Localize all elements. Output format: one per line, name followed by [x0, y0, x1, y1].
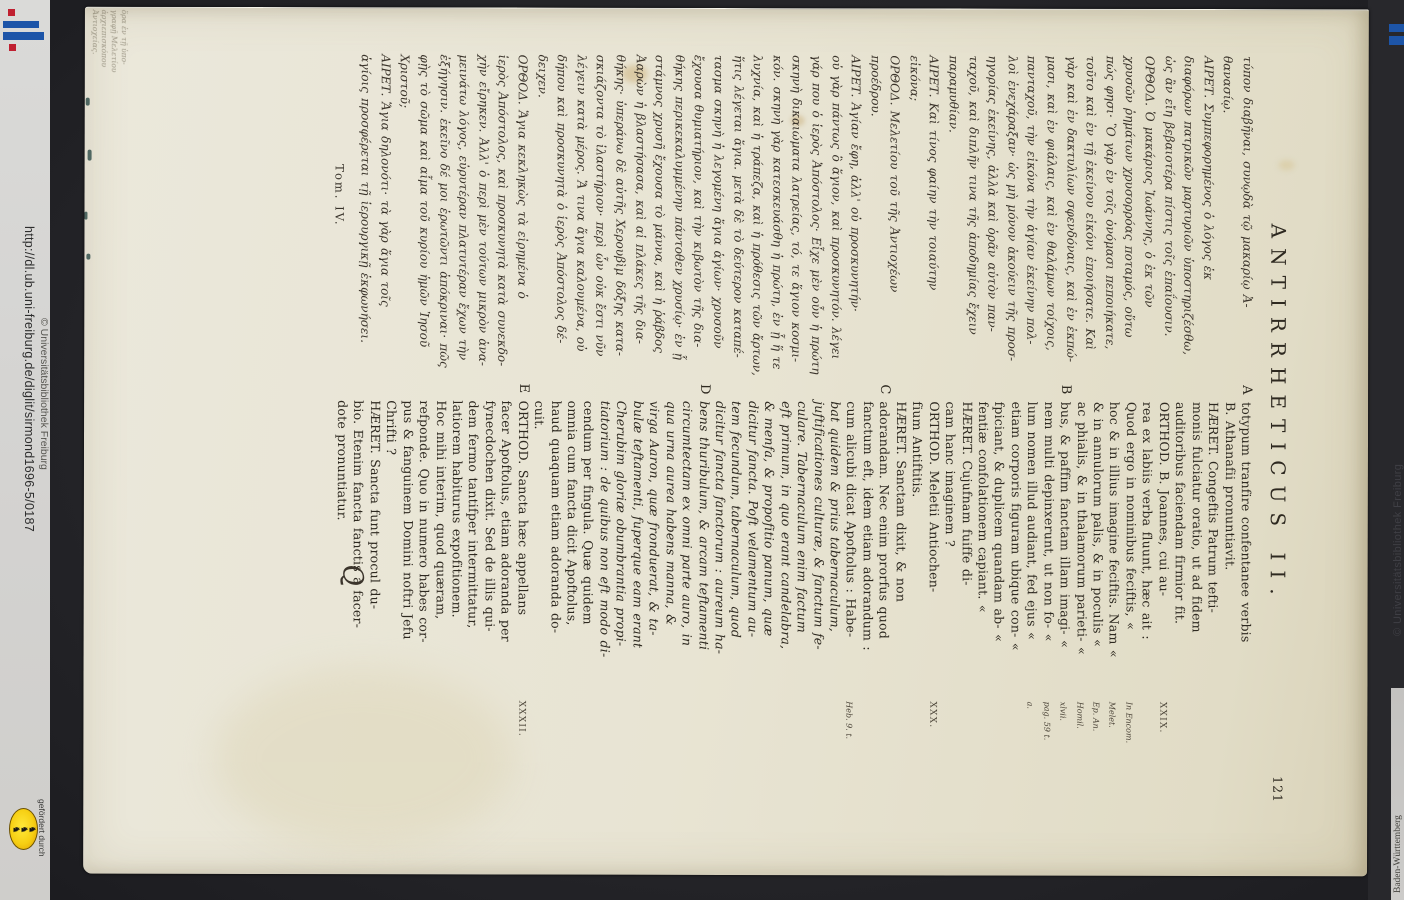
- greek-line: Χριστοῦ;: [394, 54, 414, 388]
- greek-line: ηγορίας ἐκείνης, ἀλλὰ καὶ ὁρᾶν αὐτὸν παν…: [982, 56, 1002, 390]
- latin-line: cam hanc imaginem ?: [941, 401, 958, 691]
- latin-line-text: tem fecundum, tabernaculum, quod: [729, 401, 744, 638]
- section-letter: B: [1057, 385, 1073, 395]
- latin-line: haud quaquam etiam adoranda do-: [547, 401, 564, 691]
- latin-line-text: bio. Etenim fancta fanctis a facer-: [351, 400, 366, 628]
- greek-line: θανασίῳ.: [1217, 56, 1237, 390]
- latin-line-text: adorandam. Nec enim prorfus quod: [877, 401, 892, 639]
- page-reading-frame: ANTIRRHETICUS II. 121 τύπον διαβῆναι, συ…: [83, 8, 1369, 877]
- greek-line: παραμυθίαν.: [943, 55, 963, 389]
- margin-note: Heb. 9. t.: [840, 701, 857, 739]
- latin-line-text: juftificationes culturæ, & fanctum fe-: [811, 401, 827, 650]
- greek-line: μασι, καὶ ἐν φιάλαις, καὶ ἐν θαλάμων τοί…: [1041, 56, 1061, 390]
- greek-line: ΟΡΘΟΔ. Ἅγια κεκληκὼς τὰ εἰρημένα ὁ: [512, 55, 532, 389]
- latin-line: nem multi depinxerunt, ut non fo- « pag.…: [1040, 402, 1057, 692]
- greek-line: εἰκόνα;: [903, 55, 923, 389]
- greek-line: ΟΡΘΟΔ. Ὁ μακάριος Ἰωάννης, ὁ ἐκ τῶν: [1139, 56, 1159, 390]
- greek-line: χὴν εἴρηκεν. Ἀλλ' ὁ περὶ μὲν τούτων μικρ…: [472, 54, 492, 388]
- greek-line: ΟΡΘΟΔ. Μελετίου τοῦ τῆς Ἀντιοχέων: [884, 55, 904, 389]
- latin-line: fium Antiftitis.: [908, 401, 925, 691]
- latin-line-text: fynecdochen dixit. Sed de illis qui-: [482, 400, 497, 631]
- latin-line-text: circumtectam ex omni parte auro, in: [680, 401, 696, 646]
- greek-line: φῂς τὸ σῶμα καὶ αἷμα τοῦ κυρίου ἡμῶν Ἰησ…: [414, 54, 434, 388]
- library-logo-blue-bar-2: [3, 32, 44, 40]
- margin-note: XXXII.: [513, 701, 530, 737]
- page-number: 121: [1270, 776, 1285, 803]
- logo-fragment-blue-bar-2: [1389, 36, 1404, 45]
- latin-line-text: fium Antiftitis.: [910, 401, 925, 497]
- latin-line-text: tiatorium : de quibus non eft modo di-: [597, 401, 613, 658]
- latin-line: pus & fanguinem Domini noftri Jefu: [399, 400, 416, 690]
- latin-line-text: HÆRET. Sancta funt procul du-: [367, 400, 382, 609]
- latin-line: HÆRET. Cujufnam fuiffe di-: [958, 401, 975, 691]
- latin-line: HÆRET. Sancta funt procul du-: [366, 400, 383, 690]
- latin-line: Hoc mihi interim, quod quæram,: [432, 400, 449, 690]
- latin-line: B. Athanafii pronuntiavit.: [1221, 402, 1238, 692]
- greek-line: σκηνὴ δικαιώματα λατρείας, τό, τε ἅγιον …: [786, 55, 806, 389]
- greek-line: τασμα σκηνὴ ἡ λεγομένη ἅγια ἁγίων· χρυσο…: [707, 55, 727, 389]
- latin-line-text: bat quidem & prius tabernaculum,: [828, 401, 843, 632]
- latin-line: & in annulorum palis, & in poculis « Ep.…: [1089, 402, 1106, 692]
- latin-line: A totypum tranfire confentanee verbis: [1237, 402, 1254, 692]
- latin-line-text: dote pronuntiatur.: [335, 400, 350, 521]
- latin-line-text: ORTHOD. B. Joannes, cui au-: [1156, 402, 1171, 596]
- section-letter: D: [695, 384, 711, 395]
- greek-line: ΑΙΡΕΤ. Ἁγίαν ἔφη, ἀλλ' οὐ προσκυνητήν·: [845, 55, 865, 389]
- latin-line: bulæ teftamenti, fuperque eam erant: [629, 401, 646, 691]
- margin-note: Ep. An.: [1087, 702, 1104, 732]
- latin-line: bio. Etenim fancta fanctis a facer-: [349, 400, 366, 690]
- latin-line-text: monis fulciatur oratio, ut ad fidem: [1189, 402, 1204, 633]
- greek-line: λυχνία, καὶ ἡ τράπεζα, καὶ ἡ πρόθεσις τῶ…: [747, 55, 767, 389]
- greek-line: διαφόρων πατρικῶν μαρτυριῶν ὑποστηριζέσθ…: [1178, 56, 1198, 390]
- greek-line: στάμνος χρυσῆ ἔχουσα τὸ μάννα, καὶ ἡ ῥάβ…: [649, 55, 669, 389]
- latin-line: eft primum, in quo erant candelabra,: [777, 401, 794, 691]
- latin-line: rea ex labiis verba fluunt, hæc ait :: [1138, 402, 1155, 692]
- library-logo-red-square-top: [8, 9, 15, 16]
- latin-line: omnia cum fancta dicit Apoftolus,: [563, 401, 580, 691]
- latin-line: qua urna aurea habens manna, &: [662, 401, 679, 691]
- section-letter: C: [876, 384, 892, 394]
- latin-line-text: totypum tranfire confentanee verbis: [1239, 402, 1255, 642]
- region-label: Baden-Württemberg: [1393, 815, 1403, 893]
- faint-marginalia: ὅρα ἐν τῇ ὑπο-γραφῇ Μελετίουἀρχιεπισκόπο…: [90, 10, 129, 110]
- margin-note: XXX.: [924, 701, 941, 728]
- latin-line: dote pronuntiatur.: [333, 400, 350, 690]
- margin-note: xlvii.: [1054, 702, 1070, 721]
- latin-line-text: HÆRET. Cujufnam fuiffe di-: [959, 401, 974, 585]
- greek-line: ἱερὸς Ἀπόστολος, καὶ προσκυνητὰ κατὰ συν…: [492, 55, 512, 389]
- latin-line: refponde. Quo in numero habes cor-: [415, 400, 432, 690]
- left-caption-strip: http://dl.ub.uni-freiburg.de/diglit/sirm…: [0, 0, 50, 900]
- greek-line: θήκης περικεκαλυμμένην πάντοθεν χρυσίῳ· …: [668, 55, 688, 389]
- latin-line-text: dem fermo tantifper intermittatur,: [466, 400, 481, 628]
- latin-line: B bus, & paffim fanctam illam imagi- « x…: [1056, 402, 1073, 692]
- latin-line: hoc & in illius imagine feciftis. Nam « …: [1106, 402, 1123, 692]
- greek-line: πώς φησι· Ὃ γὰρ ἐν τοῖς ὀνόμασι πεποιήκα…: [1099, 56, 1119, 390]
- latin-line-text: fentiæ confolationem capiant. «: [976, 402, 991, 613]
- latin-line: C adorandam. Nec enim prorfus quod: [875, 401, 892, 691]
- latin-line: dem fermo tantifper intermittatur,: [464, 400, 481, 690]
- greek-line: κόν. σκηνὴ γὰρ κατεσκευάσθη ἡ πρώτη, ἐν …: [766, 55, 786, 389]
- latin-line-text: omnia cum fancta dicit Apoftolus,: [565, 401, 580, 626]
- greek-line: ἥτις λέγεται ἅγια. μετὰ δὲ τὸ δεύτερον κ…: [727, 55, 747, 389]
- greek-line: ταχοῦ, καὶ διπλῆν τινα τῆς ἀποδημίας ἔχε…: [962, 55, 982, 389]
- section-letter: E: [514, 384, 530, 394]
- copyright-text-right: © Universitätsbibliothek Freiburg: [1392, 464, 1404, 636]
- latin-line: Quod ergo in nominibus feciftis, « In En…: [1122, 402, 1139, 692]
- greek-line: ἔχουσα θυμιατήριον, καὶ τὴν κιβωτὸν τῆς …: [688, 55, 708, 389]
- latin-line: cendum per fingula. Quæ quidem: [580, 401, 597, 691]
- latin-line-text: bulæ teftamenti, fuperque eam erant: [630, 401, 646, 648]
- latin-line-text: refponde. Quo in numero habes cor-: [417, 400, 433, 642]
- latin-line: auditoribus faciendam firmior fit.: [1171, 402, 1188, 692]
- section-letter: A: [1238, 385, 1254, 395]
- latin-line: & menfa, & propofitio panum, quæ: [760, 401, 777, 691]
- latin-line-text: Hoc mihi interim, quod quæram,: [433, 400, 448, 619]
- latin-line-text: etiam corporis figuram ubique con- «: [1008, 402, 1024, 651]
- greek-line: δειχεν.: [531, 55, 551, 389]
- margin-note: Melet.: [1103, 702, 1120, 728]
- source-url-text: http://dl.ub.uni-freiburg.de/diglit/sirm…: [22, 226, 36, 532]
- latin-line-text: qua urna aurea habens manna, &: [663, 401, 678, 626]
- latin-line: dicitur fancta. Poft velamentum au-: [744, 401, 761, 691]
- latin-line: fynecdochen dixit. Sed de illis qui-: [481, 400, 498, 690]
- latin-line: juftificationes culturæ, & fanctum fe-: [810, 401, 827, 691]
- greek-line: χρυσῶν ῥημάτων χρυσορρόας ποταμός, οὕτω: [1119, 56, 1139, 390]
- latin-line-text: HÆRET. Sanctam dixit, & non: [893, 401, 908, 602]
- faint-marginalia-line: ἀρχιεπισκόπου: [99, 10, 109, 110]
- latin-line: HÆRET. Sanctam dixit, & non: [892, 401, 909, 691]
- greek-line: γάρ που ὁ ἱερὸς Ἀπόστολος· Εἶχε μὲν οὖν …: [805, 55, 825, 389]
- latin-line: dicitur fancta fanctorum : aureum ha-: [711, 401, 728, 691]
- scanned-page: ANTIRRHETICUS II. 121 τύπον διαβῆναι, συ…: [83, 7, 1369, 877]
- latin-line-text: dicitur fancta. Poft velamentum au-: [745, 401, 760, 637]
- latin-line-text: pus & fanguinem Domini noftri Jefu: [400, 400, 416, 640]
- latin-line-text: Cherubim gloriæ obumbrantia propi-: [614, 401, 630, 647]
- running-title: ANTIRRHETICUS II.: [1265, 34, 1291, 794]
- logo-fragment-blue-bar-1: [1389, 24, 1404, 32]
- faint-marginalia-line: Ἀντιοχείας.: [90, 10, 100, 110]
- greek-line: γὰρ καὶ ἐν δακτυλίων σφενδόναις, καὶ ἐν …: [1060, 56, 1080, 390]
- margin-note: In Encom.: [1120, 702, 1137, 743]
- latin-line: Cherubim gloriæ obumbrantia propi-: [612, 401, 629, 691]
- greek-line: ἐξήγησιν. ἐκεῖνο δέ μοι ἐρωτῶντι ἀπόκριν…: [433, 54, 453, 388]
- latin-line-text: cendum per fingula. Quæ quidem: [581, 401, 596, 625]
- latin-line-text: ORTHOD. Sancta hæc appellans: [515, 401, 530, 616]
- latin-line: bat quidem & prius tabernaculum,: [826, 401, 843, 691]
- latin-line: monis fulciatur oratio, ut ad fidem: [1188, 402, 1205, 692]
- greek-line: σκιάζοντα τὸ ἱλαστήριον· περὶ ὧν οὐκ ἔστ…: [590, 55, 610, 389]
- margin-note: pag. 59 t.: [1038, 702, 1055, 741]
- greek-line: ὡς ἂν εἴη βεβαιοτέρα πίστις τοῖς ἐπαΐουσ…: [1158, 56, 1178, 390]
- latin-line-text: Chrifti ?: [384, 400, 399, 455]
- latin-line-text: cum alicubi dicat Apoftolus : Habe-: [844, 401, 859, 637]
- greek-line: Ἀαρὼν ἡ βλαστήσασα, καὶ αἱ πλάκες τῆς δι…: [629, 55, 649, 389]
- faint-marginalia-line: ὅρα ἐν τῇ ὑπο-: [119, 10, 129, 110]
- greek-line: τοῦτο καὶ ἐν τῇ ἐκείνου εἰκόνι ἐποιήσατε…: [1080, 56, 1100, 390]
- greek-line: ΑΙΡΕΤ. Συμπεφορημένος ὁ λόγος ἐκ: [1197, 56, 1217, 390]
- latin-line-text: fpiciant, & duplicem quandam ab- «: [992, 402, 1008, 642]
- latin-line: etiam corporis figuram ubique con- «: [1007, 402, 1024, 692]
- latin-line: circumtectam ex omni parte auro, in: [678, 401, 695, 691]
- greek-column: τύπον διαβῆναι, συνῳδὰ τῷ μακαρίῳ Ἀ-θανα…: [355, 54, 1257, 390]
- latin-line: fpiciant, & duplicem quandam ab- «: [990, 402, 1007, 692]
- latin-line-text: bus, & paffim fanctam illam imagi- «: [1058, 402, 1074, 648]
- latin-line-text: fanctum eft, idem etiam adorandum :: [860, 401, 876, 651]
- latin-line: lum nomen illud audiant, fed ejus « a.: [1023, 402, 1040, 692]
- latin-column: A totypum tranfire confentanee verbis B.…: [333, 400, 1254, 692]
- latin-line-text: eft primum, in quo erant candelabra,: [778, 401, 794, 649]
- latin-line: culare. Tabernaculum enim factum: [793, 401, 810, 691]
- latin-line: ORTHOD. Meletii Antiochen- XXX.: [925, 401, 942, 691]
- greek-line: πανταχοῦ, τὴν εἰκόνα τὴν ἁγίαν ἐκείνην π…: [1021, 56, 1041, 390]
- latin-line-text: dicitur fancta fanctorum : aureum ha-: [713, 401, 729, 654]
- latin-line-text: bens thuribulum, & arcam teftamenti: [696, 401, 712, 650]
- copyright-text-left: © Universitätsbibliothek Freiburg: [38, 318, 50, 470]
- latin-line: ORTHOD. B. Joannes, cui au- XXIX.: [1155, 402, 1172, 692]
- baden-wuerttemberg-coat-of-arms: ♞♞♞: [9, 808, 38, 850]
- latin-line-text: auditoribus faciendam firmior fit.: [1173, 402, 1188, 624]
- latin-line-text: cuit.: [532, 401, 547, 430]
- library-logo-red-square-bottom: [9, 44, 16, 51]
- latin-line: cuit.: [530, 401, 547, 691]
- latin-line-text: haud quaquam etiam adoranda do-: [548, 401, 563, 634]
- greek-line: ἁγίοις προσφέρεται τῇ ἱερουργικῇ ἐκφωνήσ…: [355, 54, 375, 388]
- latin-line: cum alicubi dicat Apoftolus : Habe- Heb.…: [843, 401, 860, 691]
- volume-signature: Tom. IV.: [332, 164, 346, 226]
- lion-glyph: ♞: [27, 825, 36, 833]
- latin-line-text: ORTHOD. Meletii Antiochen-: [926, 401, 941, 592]
- latin-line-text: latiorem habiturus expofitionem.: [450, 400, 465, 617]
- latin-line-text: virga Aaron, quæ fronduerat, & ta-: [647, 401, 662, 636]
- greek-line: θήκης· ὑπεράνω δὲ αὐτῆς Χερουβὶμ δόξης κ…: [610, 55, 630, 389]
- library-logo-blue-bar-1: [3, 21, 39, 28]
- greek-line: λέγειν κατὰ μέρος. Ἅ τινα ἅγια καλουμένα…: [570, 55, 590, 389]
- latin-line: Chrifti ?: [382, 400, 399, 690]
- latin-line-text: cam hanc imaginem ?: [943, 401, 958, 547]
- greek-line: οὐ γὰρ πάντως ὃ ἅγιον, καὶ προσκυνητόν. …: [825, 55, 845, 389]
- greek-line: μεινάτω λόγος, εὐρυτέραν πλατυτέραν ἔχων…: [453, 54, 473, 388]
- latin-line: tiatorium : de quibus non eft modo di-: [596, 401, 613, 691]
- digitized-book-scan-view: { "left_panel": { "url": "http://dl.ub.u…: [0, 0, 1404, 900]
- margin-note: Homil.: [1071, 702, 1088, 729]
- latin-line-text: culare. Tabernaculum enim factum: [795, 401, 810, 633]
- latin-line-text: B. Athanafii pronuntiavit.: [1222, 402, 1237, 570]
- greek-line: δήπου καὶ προσκυνητὰ ὁ ἱερὸς Ἀπόστολος δ…: [551, 55, 571, 389]
- latin-line-text: Quod ergo in nominibus feciftis, «: [1124, 402, 1139, 630]
- latin-line: tem fecundum, tabernaculum, quod: [727, 401, 744, 691]
- greek-line: λοὶ ἐνεχάραξαν· ὡς μὴ μόνον ἀκούειν τῆς …: [1001, 56, 1021, 390]
- latin-line: latiorem habiturus expofitionem.: [448, 400, 465, 690]
- latin-line: facer Apoftolus, etiam adoranda per: [497, 401, 514, 691]
- latin-line-text: facer Apoftolus, etiam adoranda per: [499, 401, 515, 642]
- latin-line: ac phialis, & in thalamorum parieti- « H…: [1073, 402, 1090, 692]
- latin-line: virga Aaron, quæ fronduerat, & ta-: [645, 401, 662, 691]
- latin-line: fanctum eft, idem etiam adorandum :: [859, 401, 876, 691]
- latin-line-text: nem multi depinxerunt, ut non fo- «: [1041, 402, 1057, 642]
- margin-note: a.: [1021, 702, 1037, 709]
- latin-line-text: lum nomen illud audiant, fed ejus «: [1025, 402, 1040, 640]
- latin-line-text: & menfa, & propofitio panum, quæ: [762, 401, 777, 636]
- latin-line-text: HÆRET. Congeftis Patrum tefti-: [1206, 402, 1221, 613]
- greek-line: ΑΙΡΕΤ. Καὶ τίνος φαίην τὴν τοιαύτην: [923, 55, 943, 389]
- latin-line: HÆRET. Congeftis Patrum tefti-: [1204, 402, 1221, 692]
- latin-line: fentiæ confolationem capiant. «: [974, 402, 991, 692]
- greek-line: προέδρου.: [864, 55, 884, 389]
- greek-line: ΑΙΡΕΤ. Ἅγια δηλονότι· τὰ γὰρ ἅγια τοῖς: [374, 54, 394, 388]
- latin-line-text: hoc & in illius imagine feciftis. Nam «: [1107, 402, 1123, 658]
- latin-line-text: ac phialis, & in thalamorum parieti- «: [1074, 402, 1090, 655]
- faint-marginalia-line: γραφῇ Μελετίου: [109, 10, 119, 110]
- funding-label: gefördert durch: [37, 799, 47, 857]
- latin-line: D bens thuribulum, & arcam teftamenti: [695, 401, 712, 691]
- greek-line: τύπον διαβῆναι, συνῳδὰ τῷ μακαρίῳ Ἀ-: [1237, 56, 1257, 390]
- latin-line-text: & in annulorum palis, & in poculis «: [1091, 402, 1107, 647]
- latin-line-text: rea ex labiis verba fluunt, hæc ait :: [1140, 402, 1155, 640]
- latin-line: E ORTHOD. Sancta hæc appellans XXXII.: [514, 401, 531, 691]
- margin-note: XXIX.: [1154, 702, 1171, 734]
